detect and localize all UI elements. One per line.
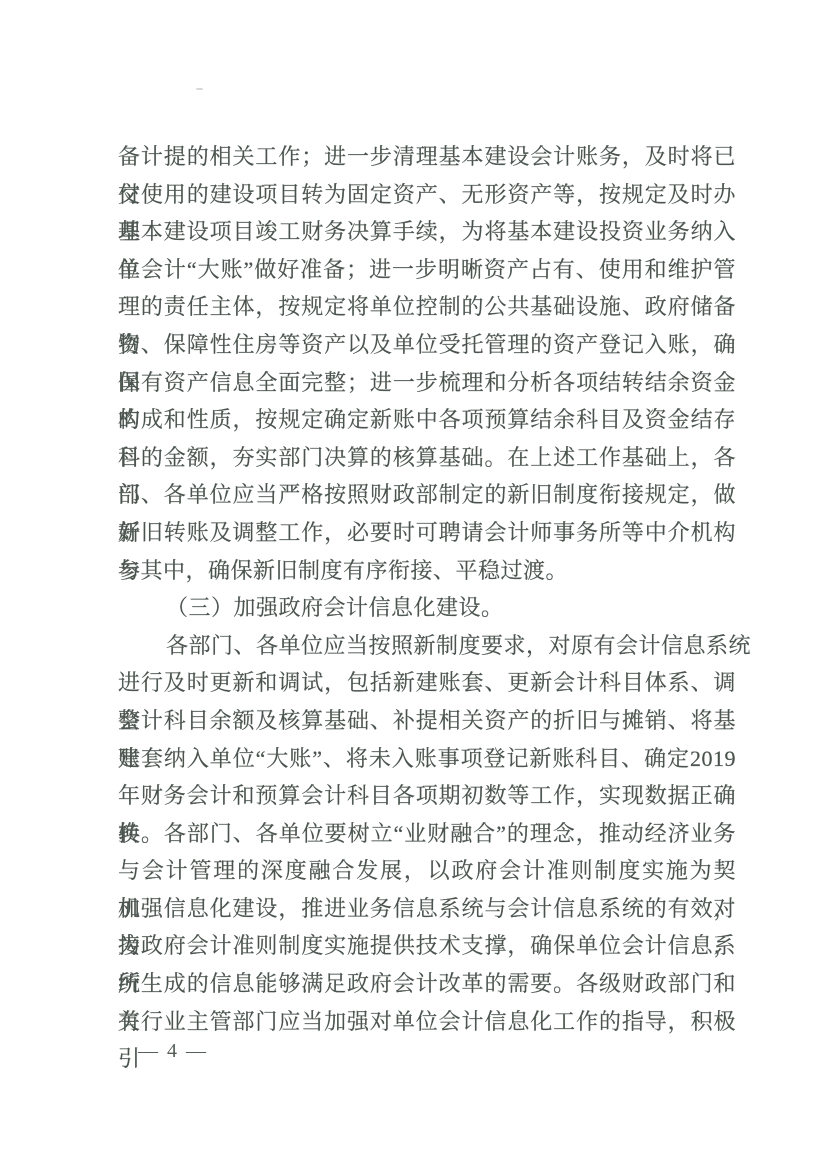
- scan-artifact: [196, 88, 203, 90]
- text-line: 会计科目余额及核算基础、补提相关资产的折旧与摊销、将基建: [118, 702, 736, 740]
- text-line: 构成和性质，按规定确定新账中各项预算结余科目及资金结存科: [118, 401, 736, 439]
- text-line: 与会计管理的深度融合发展，以政府会计准则制度实施为契机，: [118, 852, 736, 890]
- document-page: 备计提的相关工作；进一步清理基本建设会计账务，及时将已交 付使用的建设项目转为固…: [0, 0, 816, 1168]
- text-line: 年财务会计和预算会计科目各项期初数等工作，实现数据正确转: [118, 777, 736, 815]
- text-line: 理的责任主体，按规定将单位控制的公共基础设施、政府储备物: [118, 288, 736, 326]
- text-line: 账套纳入单位“大账”、将未入账事项登记新账科目、确定2019: [118, 740, 736, 778]
- text-line: 备计提的相关工作；进一步清理基本建设会计账务，及时将已交: [118, 138, 736, 176]
- text-line: 门、各单位应当严格按照财政部制定的新旧制度衔接规定，做好: [118, 476, 736, 514]
- section-heading: （三）加强政府会计信息化建设。: [118, 589, 736, 627]
- text-line: 付使用的建设项目转为固定资产、无形资产等，按规定及时办理: [118, 176, 736, 214]
- text-line: 新旧转账及调整工作，必要时可聘请会计师事务所等中介机构参: [118, 514, 736, 552]
- text-line: 资、保障性住房等资产以及单位受托管理的资产登记入账，确保: [118, 326, 736, 364]
- text-line: 换。各部门、各单位要树立“业财融合”的理念，推动经济业务: [118, 815, 736, 853]
- text-line: 关行业主管部门应当加强对单位会计信息化工作的指导，积极引: [118, 1003, 736, 1041]
- text-line: 目的金额，夯实部门决算的核算基础。在上述工作基础上，各部: [118, 439, 736, 477]
- document-body: 备计提的相关工作；进一步清理基本建设会计账务，及时将已交 付使用的建设项目转为固…: [118, 138, 736, 1040]
- text-line: 各部门、各单位应当按照新制度要求，对原有会计信息系统: [118, 627, 736, 665]
- text-line: 进行及时更新和调试，包括新建账套、更新会计科目体系、调整: [118, 664, 736, 702]
- text-line: 为政府会计准则制度实施提供技术支撑，确保单位会计信息系统: [118, 927, 736, 965]
- text-line: 加强信息化建设，推进业务信息系统与会计信息系统的有效对接，: [118, 890, 736, 928]
- page-number: — 4 —: [138, 1040, 208, 1063]
- text-line: 所生成的信息能够满足政府会计改革的需要。各级财政部门和有: [118, 965, 736, 1003]
- text-line: 位会计“大账”做好准备；进一步明晰资产占有、使用和维护管: [118, 251, 736, 289]
- text-line: 基本建设项目竣工财务决算手续，为将基本建设投资业务纳入单: [118, 213, 736, 251]
- text-line: 国有资产信息全面完整；进一步梳理和分析各项结转结余资金的: [118, 364, 736, 402]
- text-line: 与其中，确保新旧制度有序衔接、平稳过渡。: [118, 552, 736, 590]
